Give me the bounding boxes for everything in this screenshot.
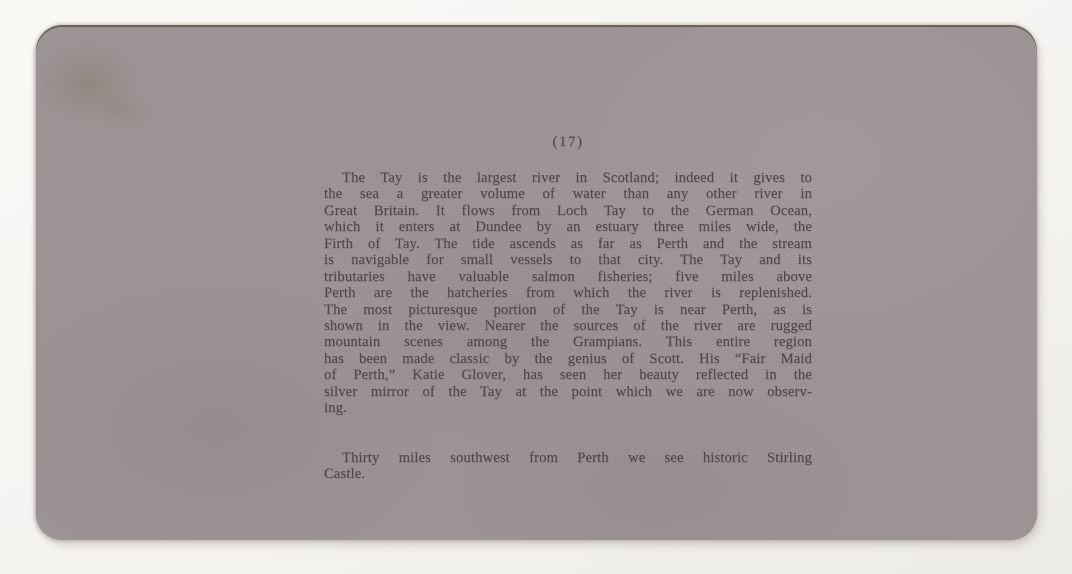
page-number: (17) xyxy=(324,134,812,150)
text-line: is navigable for small vessels to that c… xyxy=(324,252,812,268)
stereoview-card-back: (17) The Tay is the largest river in Sco… xyxy=(36,27,1037,540)
text-line: which it enters at Dundee by an estuary … xyxy=(324,219,812,235)
description-paragraph: The Tay is the largest river in Scotland… xyxy=(324,170,812,417)
text-line: Firth of Tay. The tide ascends as far as… xyxy=(324,236,812,252)
text-line: shown in the view. Nearer the sources of… xyxy=(324,318,812,334)
text-line: Great Britain. It flows from Loch Tay to… xyxy=(324,203,812,219)
text-line: Perth are the hatcheries from which the … xyxy=(324,285,812,301)
text-line: The Tay is the largest river in Scotland… xyxy=(324,170,812,186)
text-line: silver mirror of the Tay at the point wh… xyxy=(324,384,812,400)
text-line: mountain scenes among the Grampians. Thi… xyxy=(324,334,812,350)
text-line: has been made classic by the genius of S… xyxy=(324,351,812,367)
text-line: Castle. xyxy=(324,466,812,482)
text-line: tributaries have valuable salmon fisheri… xyxy=(324,269,812,285)
text-line: Thirty miles southwest from Perth we see… xyxy=(324,450,812,466)
text-line: the sea a greater volume of water than a… xyxy=(324,186,812,202)
text-line: The most picturesque portion of the Tay … xyxy=(324,302,812,318)
text-line: of Perth,” Katie Glover, has seen her be… xyxy=(324,367,812,383)
text-line: ing. xyxy=(324,400,812,416)
caption-paragraph: Thirty miles southwest from Perth we see… xyxy=(324,450,812,483)
printed-text-block: (17) The Tay is the largest river in Sco… xyxy=(324,134,812,482)
